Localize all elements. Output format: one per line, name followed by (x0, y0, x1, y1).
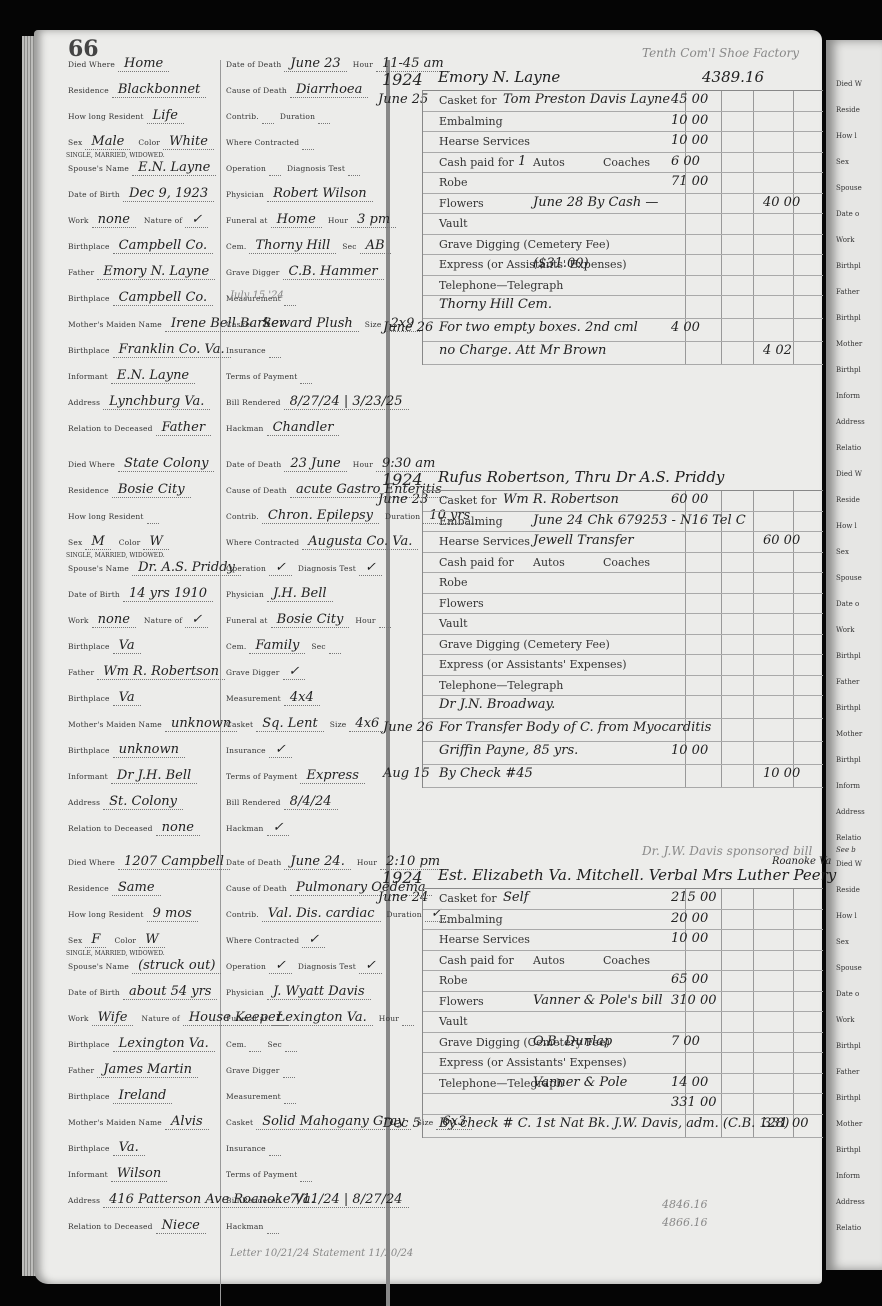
cemetery-value (249, 1036, 261, 1052)
address-field: AddressSt. Colony (68, 794, 183, 809)
funeral-hour-label: Hour (379, 1014, 399, 1023)
funeral-at-label: Funeral at (226, 1014, 268, 1023)
spouse-name-value: (struck out) (132, 958, 221, 974)
facing-page-label: Birthpl (836, 756, 865, 782)
relation-to-deceased-value: Niece (156, 1218, 206, 1234)
date-of-death-value: June 24. (284, 854, 350, 870)
father-birthplace-label: Birthplace (68, 694, 110, 703)
account-row: Telephone—Telegraph (423, 276, 823, 297)
marital-status-label: SINGLE, MARRIED, WIDOWED. (66, 552, 165, 559)
where-contracted-label: Where Contracted (226, 538, 299, 547)
insurance-field: Insurance (226, 1140, 281, 1155)
mother-birthplace-value: Franklin Co. Va. (113, 342, 231, 358)
terms-of-payment-value: Express (300, 768, 364, 784)
account-amount: 20 00 (671, 911, 741, 926)
account-row: Hearse ServicesJewell Transfer60 00 (423, 532, 823, 553)
residence-value: Bosie City (112, 482, 191, 498)
diagnosis-test-value: ✓ (359, 958, 382, 974)
account-item-label: Express (or Assistants' Expenses) (439, 658, 627, 671)
facing-page-label: Spouse (836, 184, 865, 210)
bill-rendered-label: Bill Rendered (226, 398, 281, 407)
measurement-value (284, 290, 296, 306)
account-year: 1924 (382, 470, 423, 489)
physician-label: Physician (226, 190, 264, 199)
date-of-birth-label: Date of Birth (68, 988, 120, 997)
account-note: June 28 By Cash — (533, 195, 658, 210)
informant-value: Wilson (111, 1166, 167, 1182)
extra-total: 4 02 (763, 343, 792, 358)
facing-page-label: Spouse (836, 964, 865, 990)
duration-label: Duration (280, 112, 315, 121)
residence-label: Residence (68, 86, 109, 95)
account-year: 1924 (382, 70, 423, 89)
account-row: Vault (423, 614, 823, 635)
measurement-field: Measurement (226, 1088, 296, 1103)
spouse-name-value: E.N. Layne (132, 160, 216, 176)
facing-page-label: Died W (836, 470, 865, 496)
duration-label: Duration (387, 910, 422, 919)
account-note: O.B. Dunlap (533, 1034, 612, 1049)
account-row: Embalming10 00 (423, 112, 823, 133)
extra-text: Dr J.N. Broadway. (439, 697, 555, 712)
diagnosis-test-label: Diagnosis Test (298, 564, 356, 573)
account-grid: Casket forWm R. Robertson60 00EmbalmingJ… (422, 490, 823, 788)
account-note: Vanner & Pole (533, 1075, 627, 1090)
funeral-hour-value (402, 1010, 414, 1026)
facing-page-label: Birthpl (836, 704, 865, 730)
account-note: June 24 Chk 679253 - N16 Tel C (533, 513, 746, 528)
terms-of-payment-label: Terms of Payment (226, 772, 297, 781)
date-of-birth-field: Date of Birth14 yrs 1910 (68, 586, 213, 601)
birthplace-value: Campbell Co. (113, 238, 214, 254)
insurance-value: ✓ (269, 742, 292, 758)
account-row: Vault (423, 214, 823, 235)
how-long-resident-field: How long Resident (68, 508, 159, 523)
marital-status-label: SINGLE, MARRIED, WIDOWED. (66, 152, 165, 159)
casket-field: CasketSq. LentSize4x6 (226, 716, 385, 731)
extra-amount: 4 00 (671, 320, 741, 335)
relation-to-deceased-field: Relation to Deceasednone (68, 820, 200, 835)
sec-label: Sec (311, 642, 325, 651)
facing-page-label: Mother (836, 340, 865, 366)
account-note: Self (503, 890, 529, 905)
died-where-label: Died Where (68, 858, 115, 867)
facing-page-label: Inform (836, 1172, 865, 1198)
mother-birthplace-value: Va. (113, 1140, 145, 1156)
grave-digger-value (283, 1062, 295, 1078)
birthplace-label: Birthplace (68, 1040, 110, 1049)
account-item-label: Robe (439, 576, 467, 589)
bill-rendered-field: Bill Rendered7/11/24 | 8/27/24 (226, 1192, 409, 1207)
father-birthplace-label: Birthplace (68, 294, 110, 303)
grave-digger-field: Grave DiggerC.B. Hammer (226, 264, 384, 279)
physician-field: PhysicianJ. Wyatt Davis (226, 984, 371, 999)
cemetery-field: Cem.FamilySec (226, 638, 341, 653)
died-where-field: Died WhereHome (68, 56, 169, 71)
account-amount: 10 00 (671, 133, 741, 148)
facing-page-label: Work (836, 626, 865, 652)
funeral-at-field: Funeral atBosie CityHour (226, 612, 391, 627)
terms-of-payment-value (300, 1166, 312, 1182)
died-where-value: 1207 Campbell (118, 854, 230, 870)
father-label: Father (68, 268, 94, 277)
facing-page-labels-3: Died WResideHow lSexSpouseDate oWorkBirt… (836, 860, 865, 1250)
date-of-death-label: Date of Death (226, 60, 281, 69)
mother-birthplace-value: unknown (113, 742, 185, 758)
account-row: Robe71 00 (423, 173, 823, 194)
spouse-name-value: Dr. A.S. Priddy (132, 560, 241, 576)
physician-value: J.H. Bell (267, 586, 333, 602)
how-long-resident-label: How long Resident (68, 910, 144, 919)
facing-page-label: Birthpl (836, 262, 865, 288)
date-of-death-value: June 23 (284, 56, 346, 72)
account-item-label: Flowers (439, 597, 484, 610)
operation-label: Operation (226, 164, 266, 173)
contrib-label: Contrib. (226, 112, 259, 121)
nature_of-value: ✓ (185, 612, 208, 628)
date-of-death-label: Date of Death (226, 460, 281, 469)
hour-label: Hour (353, 460, 373, 469)
mother-birthplace-field: BirthplaceVa. (68, 1140, 145, 1155)
account-item-label: Telephone—Telegraph (439, 679, 563, 692)
account-row: Hearse Services10 00 (423, 132, 823, 153)
operation-field: OperationDiagnosis Test (226, 160, 360, 175)
address-label: Address (68, 1196, 100, 1205)
facing-page-label: Relatio (836, 444, 865, 470)
color-label: Color (114, 936, 136, 945)
account-row: Telephone—Telegraph (423, 676, 823, 697)
spouse-name-field: Spouse's Name(struck out) (68, 958, 221, 973)
date-of-birth-field: Date of BirthDec 9, 1923 (68, 186, 214, 201)
autos-label: Autos (533, 556, 565, 569)
marital-status-label: SINGLE, MARRIED, WIDOWED. (66, 950, 165, 957)
account-extra-row: no Charge. Att Mr Brown4 02 (423, 342, 823, 365)
account-row: Telephone—TelegraphVanner & Pole14 00 (423, 1074, 823, 1095)
work-label: Work (68, 616, 89, 625)
autos-label: Autos (533, 954, 565, 967)
account-item-label: Robe (439, 974, 467, 987)
extra-date: June 26 (383, 320, 433, 335)
how-long-resident-label: How long Resident (68, 112, 144, 121)
account-subtotal: 331 00 (671, 1095, 741, 1110)
sex-field: SexFColorW (68, 932, 165, 947)
color-value: W (139, 932, 164, 948)
hackman-field: Hackman (226, 1218, 279, 1233)
informant-label: Informant (68, 772, 108, 781)
hour-label: Hour (353, 60, 373, 69)
facing-page-label: Father (836, 288, 865, 314)
bill-rendered-label: Bill Rendered (226, 1196, 281, 1205)
facing-page-label: Address (836, 808, 865, 834)
coaches-label: Coaches (603, 556, 650, 569)
account-note: Tom Preston Davis Layne (503, 92, 670, 107)
account-row: Robe65 00 (423, 971, 823, 992)
cemetery-field: Cem.Sec (226, 1036, 297, 1051)
birthplace-field: BirthplaceCampbell Co. (68, 238, 213, 253)
account-item-label: Casket for (439, 94, 497, 107)
physician-field: PhysicianJ.H. Bell (226, 586, 333, 601)
hackman-field: HackmanChandler (226, 420, 339, 435)
extra-text: Griffin Payne, 85 yrs. (439, 743, 578, 758)
account-amount: 7 00 (671, 1034, 741, 1049)
account-item-label: Hearse Services (439, 933, 530, 946)
color-label: Color (119, 538, 141, 547)
sex-label: Sex (68, 138, 82, 147)
sex-field: SexMaleColorWhite (68, 134, 214, 149)
account-row: Casket forSelf215 00 (423, 889, 823, 910)
account-item-label: Robe (439, 176, 467, 189)
account-amount: 45 00 (671, 92, 741, 107)
color-value: W (143, 534, 168, 550)
funeral-at-field: Funeral atLexington Va.Hour (226, 1010, 414, 1025)
hackman-value (267, 1218, 279, 1234)
account-item-label: Cash paid for (439, 954, 514, 967)
operation-label: Operation (226, 564, 266, 573)
informant-value: E.N. Layne (111, 368, 195, 384)
work-label: Work (68, 216, 89, 225)
account-item-label: Cash paid for (439, 156, 514, 169)
how-long-resident-value (147, 508, 159, 524)
account-top-note: Tenth Com'l Shoe Factory (642, 46, 799, 60)
extra-text: Thorny Hill Cem. (439, 297, 552, 312)
mother-birthplace-label: Birthplace (68, 746, 110, 755)
contrib-field: Contrib.Duration (226, 108, 330, 123)
where-contracted-field: Where ContractedAugusta Co. Va. (226, 534, 418, 549)
birthplace-label: Birthplace (68, 642, 110, 651)
size-label: Size (365, 320, 382, 329)
work-value: none (92, 212, 136, 228)
account-row: Hearse Services10 00 (423, 930, 823, 951)
facing-page-label: Father (836, 1068, 865, 1094)
terms-of-payment-field: Terms of Payment (226, 1166, 312, 1181)
cause-of-death-label: Cause of Death (226, 486, 287, 495)
date-of-death-field: Date of Death23 JuneHour9:30 am (226, 456, 441, 471)
account-total: 60 00 (763, 533, 800, 548)
account-item-label: Casket for (439, 494, 497, 507)
address-label: Address (68, 398, 100, 407)
measurement-value (284, 1088, 296, 1104)
measurement-field: Measurement4x4 (226, 690, 320, 705)
residence-field: ResidenceBosie City (68, 482, 191, 497)
operation-value (269, 160, 281, 176)
father-birthplace-label: Birthplace (68, 1092, 110, 1101)
father-birthplace-field: BirthplaceCampbell Co. (68, 290, 213, 305)
mother-birthplace-field: BirthplaceFranklin Co. Va. (68, 342, 231, 357)
died-where-value: Home (118, 56, 169, 72)
grave-digger-value: ✓ (283, 664, 306, 680)
account-subtotal-row: 331 00 (423, 1094, 823, 1115)
account-item-label: Vault (439, 617, 468, 630)
coaches-label: Coaches (603, 954, 650, 967)
cause-of-death-field: Cause of DeathDiarrhoea (226, 82, 368, 97)
facing-page-label: Sex (836, 158, 865, 184)
bill-rendered-value: 8/4/24 (284, 794, 338, 810)
funeral-hour-value (379, 612, 391, 628)
account-amount: 71 00 (671, 174, 741, 189)
sex-label: Sex (68, 936, 82, 945)
measurement-label: Measurement (226, 1092, 281, 1101)
mother-birthplace-label: Birthplace (68, 1144, 110, 1153)
sec-value: AB (360, 238, 391, 254)
sex-label: Sex (68, 538, 82, 547)
facing-page-label: Inform (836, 782, 865, 808)
account-row: Express (or Assistants' Expenses)($31.00… (423, 255, 823, 276)
residence-value: Same (112, 880, 161, 896)
contrib-value (262, 108, 274, 124)
account-item-label: Flowers (439, 197, 484, 210)
bill-rendered-field: Bill Rendered8/27/24 | 3/23/25 (226, 394, 409, 409)
funeral-at-value: Home (271, 212, 322, 228)
relation-to-deceased-label: Relation to Deceased (68, 824, 153, 833)
account-note: Jewell Transfer (533, 533, 634, 548)
terms-of-payment-value (300, 368, 312, 384)
measurement-label: Measurement (226, 694, 281, 703)
facing-page-labels-1: Died WResideHow lSexSpouseDate oWorkBirt… (836, 80, 865, 470)
insurance-field: Insurance (226, 342, 281, 357)
funeral-hour-label: Hour (355, 616, 375, 625)
autos-label: Autos (533, 156, 565, 169)
account-grid: Casket forTom Preston Davis Layne45 00Em… (422, 90, 823, 365)
account-item-label: Vault (439, 217, 468, 230)
how-long-resident-value: 9 mos (147, 906, 198, 922)
how-long-resident-field: How long Resident9 mos (68, 906, 198, 921)
informant-label: Informant (68, 1170, 108, 1179)
facing-page-label: Inform (836, 392, 865, 418)
mother-birthplace-label: Birthplace (68, 346, 110, 355)
nature_of-label: Nature of (144, 616, 182, 625)
diagnosis-test-value: ✓ (359, 560, 382, 576)
facing-page-label: Mother (836, 730, 865, 756)
facing-page-label: Birthpl (836, 314, 865, 340)
informant-field: InformantDr J.H. Bell (68, 768, 197, 783)
account-grid: Casket forSelf215 00Embalming20 00Hearse… (422, 888, 823, 1138)
account-item-label: Hearse Services (439, 135, 530, 148)
extra-text: For Transfer Body of C. from Myocarditis (439, 720, 711, 735)
account-extra-row: June 26For two empty boxes. 2nd cml4 00 (423, 319, 823, 342)
mothers-maiden-name-label: Mother's Maiden Name (68, 720, 162, 729)
operation-field: Operation✓Diagnosis Test✓ (226, 560, 382, 575)
date-of-birth-field: Date of Birthabout 54 yrs (68, 984, 217, 999)
father-label: Father (68, 1066, 94, 1075)
account-row: Cash paid forAutosCoaches16 00 (423, 153, 823, 174)
where-contracted-field: Where Contracted✓ (226, 932, 325, 947)
facing-page-label: How l (836, 912, 865, 938)
facing-page-label: Birthpl (836, 366, 865, 392)
spouse-name-field: Spouse's NameDr. A.S. Priddy (68, 560, 241, 575)
account-row: FlowersJune 28 By Cash —40 00 (423, 194, 823, 215)
account-extra-row: Dr J.N. Broadway. (423, 696, 823, 719)
relation-to-deceased-label: Relation to Deceased (68, 424, 153, 433)
account-amount: 10 00 (671, 113, 741, 128)
duration-value (318, 108, 330, 124)
casket-value: Sq. Lent (256, 716, 323, 732)
cemetery-field: Cem.Thorny HillSecAB (226, 238, 391, 253)
date-of-birth-value: 14 yrs 1910 (123, 586, 213, 602)
father-label: Father (68, 668, 94, 677)
address-value: Lynchburg Va. (103, 394, 210, 410)
address-value: St. Colony (103, 794, 183, 810)
grave-digger-label: Grave Digger (226, 268, 280, 277)
physician-label: Physician (226, 988, 264, 997)
mothers-maiden-name-field: Mother's Maiden NameAlvis (68, 1114, 209, 1129)
date-of-death-label: Date of Death (226, 858, 281, 867)
physician-label: Physician (226, 590, 264, 599)
account-note: 1 (518, 154, 526, 169)
funeral-at-field: Funeral atHomeHour3 pm (226, 212, 396, 227)
facing-page-label: Birthpl (836, 1094, 865, 1120)
account-note: ($31.00) (533, 256, 589, 271)
residence-label: Residence (68, 884, 109, 893)
extra-date: Dec 5 (383, 1116, 421, 1131)
account-amount: 60 00 (671, 492, 741, 507)
margin-note: Letter 10/21/24 Statement 11/20/24 (230, 1248, 413, 1259)
color-value: White (163, 134, 214, 150)
facing-page-label: Date o (836, 600, 865, 626)
hackman-field: Hackman✓ (226, 820, 289, 835)
facing-page-label: Sex (836, 938, 865, 964)
residence-field: ResidenceBlackbonnet (68, 82, 206, 97)
bill-rendered-label: Bill Rendered (226, 798, 281, 807)
insurance-value (269, 342, 281, 358)
work-field: WorknoneNature of✓ (68, 612, 208, 627)
date-of-birth-value: about 54 yrs (123, 984, 218, 1000)
extra-text: By Check #45 (439, 766, 533, 781)
work-field: WorknoneNature of✓ (68, 212, 208, 227)
how-long-resident-value: Life (147, 108, 184, 124)
father-field: FatherWm R. Robertson (68, 664, 225, 679)
insurance-field: Insurance✓ (226, 742, 292, 757)
account-row: Vault (423, 1012, 823, 1033)
where-contracted-value: ✓ (302, 932, 325, 948)
account-item-label: Grave Digging (Cemetery Fee) (439, 238, 610, 251)
column-divider (220, 60, 221, 1306)
funeral-hour-label: Hour (328, 216, 348, 225)
contrib-label: Contrib. (226, 910, 259, 919)
funeral-at-value: Lexington Va. (271, 1010, 373, 1026)
extra-text: By check # C. 1st Nat Bk. J.W. Davis, ad… (439, 1116, 789, 1131)
account-row: FlowersVanner & Pole's bill310 00 (423, 992, 823, 1013)
father-value: James Martin (97, 1062, 198, 1078)
casket-value: Seward Plush (256, 316, 358, 332)
facing-page-label: Spouse (836, 574, 865, 600)
account-item-label: Grave Digging (Cemetery Fee) (439, 638, 610, 651)
informant-value: Dr J.H. Bell (111, 768, 197, 784)
account-reference: 4389.16 (702, 68, 764, 86)
account-row: Grave Digging (Cemetery Fee)O.B. Dunlap7… (423, 1033, 823, 1054)
bill-rendered-value: 7/11/24 | 8/27/24 (284, 1192, 409, 1208)
hackman-label: Hackman (226, 1222, 264, 1231)
account-note: Wm R. Robertson (503, 492, 619, 507)
account-row: Flowers (423, 594, 823, 615)
operation-field: Operation✓Diagnosis Test✓ (226, 958, 382, 973)
date-of-death-value: 23 June (284, 456, 346, 472)
account-row: Express (or Assistants' Expenses) (423, 1053, 823, 1074)
size-value: 4x6 (349, 716, 385, 732)
facing-page-label: Reside (836, 886, 865, 912)
facing-page-label: Date o (836, 990, 865, 1016)
facing-page-label: Work (836, 236, 865, 262)
cemetery-value: Thorny Hill (249, 238, 336, 254)
measurement-value: 4x4 (284, 690, 320, 706)
residence-value: Blackbonnet (112, 82, 206, 98)
account-extra-row: Thorny Hill Cem. (423, 296, 823, 319)
account-row: Casket forWm R. Robertson60 00 (423, 491, 823, 512)
extra-text: no Charge. Att Mr Brown (439, 343, 606, 358)
account-row: Robe (423, 573, 823, 594)
father-birthplace-field: BirthplaceVa (68, 690, 141, 705)
mothers-maiden-name-label: Mother's Maiden Name (68, 1118, 162, 1127)
informant-label: Informant (68, 372, 108, 381)
